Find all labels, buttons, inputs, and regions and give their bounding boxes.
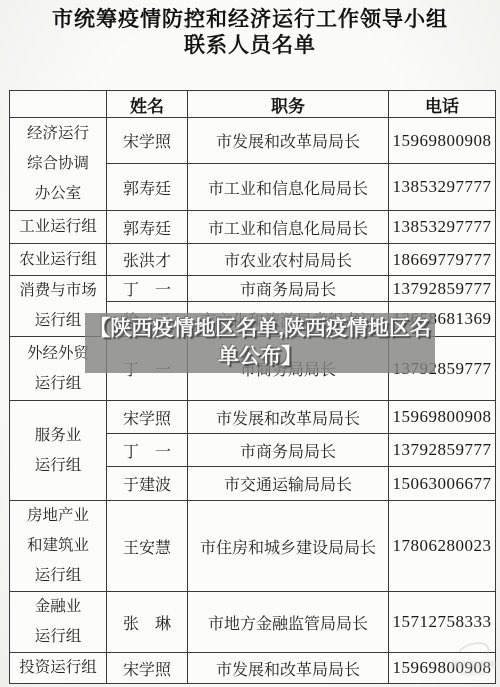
page-title: 市统筹疫情防控和经济运行工作领导小组 联系人员名单 bbox=[0, 6, 500, 58]
member-name: 丁 一 bbox=[107, 434, 188, 467]
member-name: 郭寿廷 bbox=[107, 211, 188, 244]
member-phone: 17806280023 bbox=[389, 501, 496, 592]
member-phone: 18669779777 bbox=[389, 244, 496, 276]
header-name: 姓名 bbox=[107, 91, 188, 118]
member-name: 郭寿廷 bbox=[107, 164, 188, 211]
member-position: 市工业和信息化局局长 bbox=[188, 164, 389, 211]
table-row: 金融业 运行组张 琳市地方金融监管局局长15712758333 bbox=[10, 592, 496, 653]
member-position: 市交通运输局局长 bbox=[188, 467, 389, 501]
table-header-row: 姓名 职务 电话 bbox=[10, 91, 496, 118]
table-row: 投资运行组宋学照市发展和改革局局长15969800908 bbox=[10, 653, 496, 684]
table-row: 工业运行组郭寿廷市工业和信息化局局长13853297777 bbox=[10, 211, 496, 244]
member-name: 王安慧 bbox=[107, 501, 188, 592]
table-row: 经济运行 综合协调 办公室宋学照市发展和改革局局长15969800908 bbox=[10, 118, 496, 164]
member-name: 宋学照 bbox=[107, 653, 188, 684]
page-title-line2: 联系人员名单 bbox=[0, 32, 500, 58]
member-phone: 15969800908 bbox=[389, 653, 496, 684]
group-label: 农业运行组 bbox=[10, 244, 107, 276]
header-phone: 电话 bbox=[389, 91, 496, 118]
member-position: 市工业和信息化局局长 bbox=[188, 211, 389, 244]
caption-overlay: 【陕西疫情地区名单,陕西疫情地区名单公布】 bbox=[85, 313, 435, 373]
group-label: 房地产业 和建筑业 运行组 bbox=[10, 501, 107, 592]
member-position: 市地方金融监管局局长 bbox=[188, 592, 389, 653]
table-row: 服务业 运行组宋学照市发展和改革局局长15969800908 bbox=[10, 401, 496, 434]
member-position: 市商务局局长 bbox=[188, 276, 389, 302]
member-position: 市住房和城乡建设局局长 bbox=[188, 501, 389, 592]
member-phone: 13792859777 bbox=[389, 434, 496, 467]
member-name: 于建波 bbox=[107, 467, 188, 501]
table-row: 房地产业 和建筑业 运行组王安慧市住房和城乡建设局局长17806280023 bbox=[10, 501, 496, 592]
group-label: 金融业 运行组 bbox=[10, 592, 107, 653]
member-position: 市商务局局长 bbox=[188, 434, 389, 467]
member-name: 张洪才 bbox=[107, 244, 188, 276]
member-phone: 15712758333 bbox=[389, 592, 496, 653]
group-label: 服务业 运行组 bbox=[10, 401, 107, 501]
member-phone: 13853297777 bbox=[389, 164, 496, 211]
member-phone: 15969800908 bbox=[389, 118, 496, 164]
member-position: 市发展和改革局局长 bbox=[188, 118, 389, 164]
member-name: 宋学照 bbox=[107, 118, 188, 164]
member-name: 宋学照 bbox=[107, 401, 188, 434]
group-label: 工业运行组 bbox=[10, 211, 107, 244]
member-name: 张 琳 bbox=[107, 592, 188, 653]
table-body: 经济运行 综合协调 办公室宋学照市发展和改革局局长15969800908郭寿廷市… bbox=[10, 118, 496, 684]
page-title-line1: 市统筹疫情防控和经济运行工作领导小组 bbox=[0, 6, 500, 32]
group-label: 投资运行组 bbox=[10, 653, 107, 684]
table-row: 农业运行组张洪才市农业农村局局长18669779777 bbox=[10, 244, 496, 276]
document-page: 市统筹疫情防控和经济运行工作领导小组 联系人员名单 姓名 职务 电话 经济运行 … bbox=[0, 0, 500, 687]
member-name: 丁 一 bbox=[107, 276, 188, 302]
contact-table: 姓名 职务 电话 经济运行 综合协调 办公室宋学照市发展和改革局局长159698… bbox=[9, 90, 496, 684]
member-position: 市发展和改革局局长 bbox=[188, 653, 389, 684]
member-phone: 15063006677 bbox=[389, 467, 496, 501]
member-phone: 13792859777 bbox=[389, 276, 496, 302]
member-position: 市发展和改革局局长 bbox=[188, 401, 389, 434]
caption-overlay-text: 【陕西疫情地区名单,陕西疫情地区名单公布】 bbox=[88, 315, 432, 371]
header-group bbox=[10, 91, 107, 118]
member-phone: 13853297777 bbox=[389, 211, 496, 244]
header-position: 职务 bbox=[188, 91, 389, 118]
member-phone: 15969800908 bbox=[389, 401, 496, 434]
member-position: 市农业农村局局长 bbox=[188, 244, 389, 276]
table-row: 消费与市场 运行组丁 一市商务局局长13792859777 bbox=[10, 276, 496, 302]
group-label: 经济运行 综合协调 办公室 bbox=[10, 118, 107, 211]
